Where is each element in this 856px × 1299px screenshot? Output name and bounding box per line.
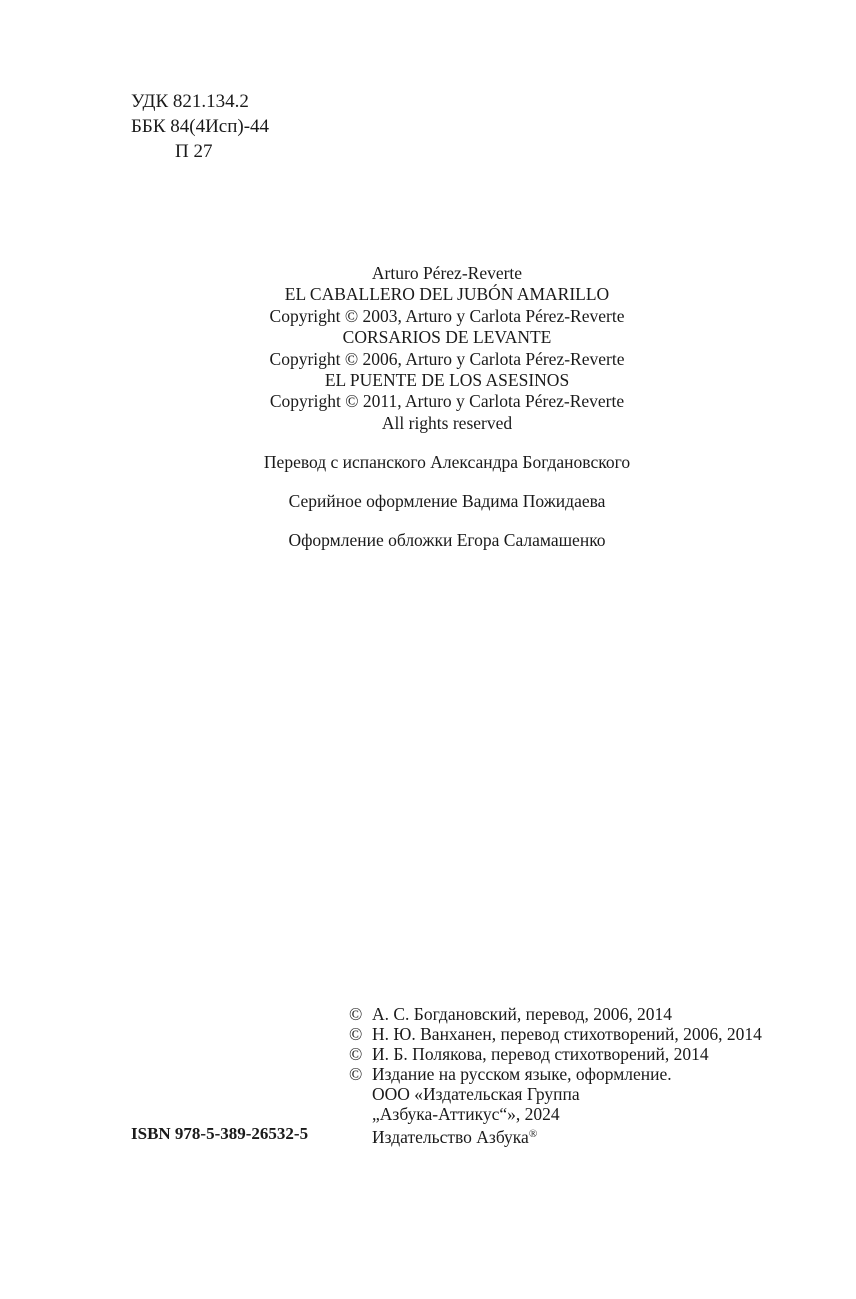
work-copyright: Copyright © 2011, Arturo y Carlota Pérez…	[0, 391, 856, 412]
work-copyright: Copyright © 2006, Arturo y Carlota Pérez…	[0, 349, 856, 370]
copyright-icon: ©	[349, 1024, 372, 1044]
translator-credit: Перевод с испанского Александра Богданов…	[0, 452, 856, 491]
bbk-code: ББК 84(4Исп)-44	[131, 114, 269, 139]
registered-trademark-icon: ®	[529, 1128, 537, 1140]
production-credits: Перевод с испанского Александра Богданов…	[0, 452, 856, 569]
publisher-line: ООО «Издательская Группа	[349, 1084, 762, 1104]
work-title: CORSARIOS DE LEVANTE	[0, 327, 856, 348]
original-credits: Arturo Pérez-Reverte EL CABALLERO DEL JU…	[0, 263, 856, 434]
udk-code: УДК 821.134.2	[131, 89, 269, 114]
copyright-entry: © И. Б. Полякова, перевод стихотворений,…	[349, 1044, 762, 1064]
original-author: Arturo Pérez-Reverte	[0, 263, 856, 284]
work-title: EL CABALLERO DEL JUBÓN AMARILLO	[0, 284, 856, 305]
catalog-codes: УДК 821.134.2 ББК 84(4Исп)-44 П 27	[131, 89, 269, 164]
work-title: EL PUENTE DE LOS ASESINOS	[0, 370, 856, 391]
cover-design-credit: Оформление обложки Егора Саламашенко	[0, 530, 856, 569]
rights-reserved: All rights reserved	[0, 413, 856, 434]
publisher-name: Издательство Азбука®	[349, 1124, 762, 1147]
author-mark: П 27	[131, 139, 269, 164]
series-design-credit: Серийное оформление Вадима Пожидаева	[0, 491, 856, 530]
copyright-icon: ©	[349, 1064, 372, 1084]
isbn: ISBN 978-5-389-26532-5	[131, 1124, 308, 1144]
copyright-entry: © Издание на русском языке, оформление.	[349, 1064, 762, 1084]
copyright-icon: ©	[349, 1044, 372, 1064]
copyright-icon: ©	[349, 1004, 372, 1024]
work-copyright: Copyright © 2003, Arturo y Carlota Pérez…	[0, 306, 856, 327]
copyright-notices: © А. С. Богдановский, перевод, 2006, 201…	[349, 1004, 762, 1147]
copyright-entry: © Н. Ю. Ванханен, перевод стихотворений,…	[349, 1024, 762, 1044]
publisher-line: „Азбука-Аттикус“», 2024	[349, 1104, 762, 1124]
copyright-entry: © А. С. Богдановский, перевод, 2006, 201…	[349, 1004, 762, 1024]
